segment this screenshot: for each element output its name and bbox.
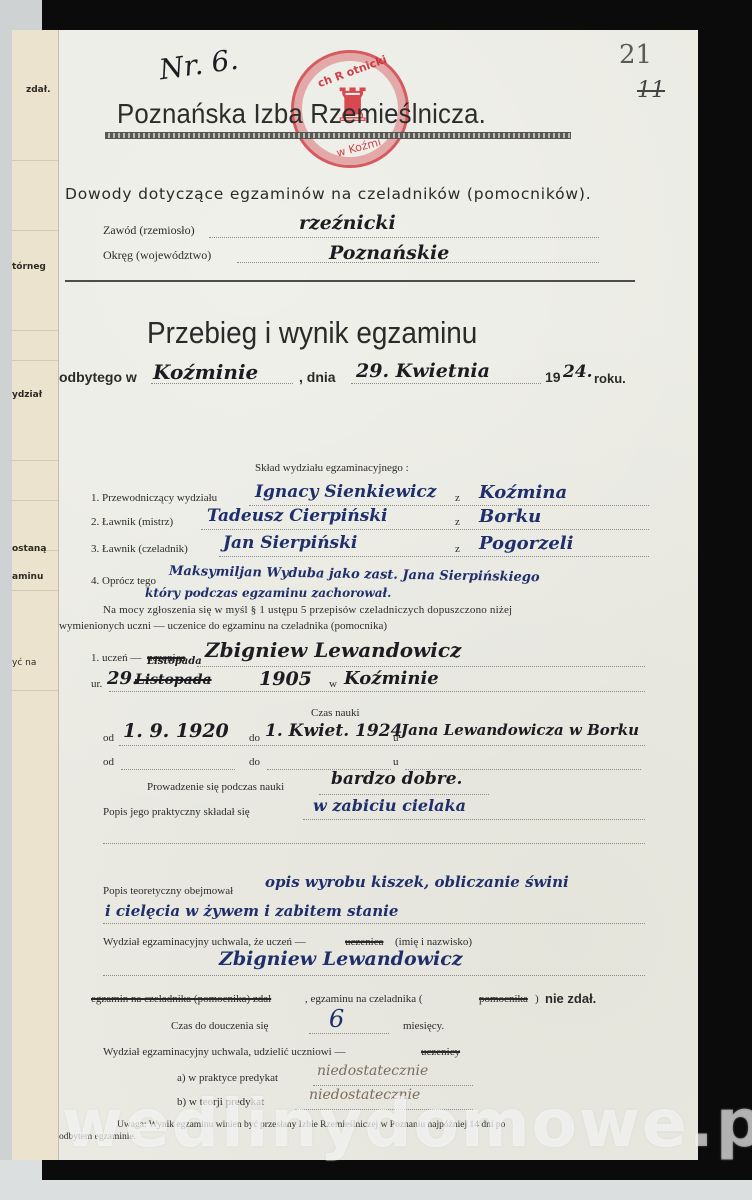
training-to: 1. Kwiet. 1924: [265, 721, 402, 741]
born-label: ur.: [91, 678, 102, 690]
margin-fragment: zdał.: [26, 85, 51, 95]
margin-fragment: yć na: [12, 658, 36, 668]
practical-grade: niedostatecznie: [317, 1063, 428, 1079]
margin-fragment: ostaną: [12, 544, 46, 554]
exam-year-prefix: 19: [545, 369, 561, 385]
committee-label: 2. Ławnik (mistrz): [91, 516, 173, 528]
exam-title: Przebieg i wynik egzaminu: [147, 315, 477, 351]
margin-fragment: tórneg: [12, 262, 46, 272]
theoretical-line2: i cielęcia w żywem i zabitem stanie: [105, 902, 398, 920]
exam-date: 29. Kwietnia: [356, 360, 490, 382]
ornamental-rule: [105, 132, 571, 139]
committee-label: 1. Przewodniczący wydziału: [91, 492, 217, 504]
training-heading: Czas nauki: [311, 707, 360, 719]
birth-month-struck: Listopada: [135, 672, 212, 688]
theoretical-line1: opis wyrobu kiszek, obliczanie świni: [265, 873, 569, 891]
exam-date-label: , dnia: [299, 369, 336, 385]
retraining-value: 6: [329, 1005, 344, 1033]
trade-label: Zawód (rzemiosło): [103, 223, 195, 238]
struck-text: uczenicy: [421, 1046, 460, 1058]
struck-passed: egzamin na czeladnika (pomocnika) zdał: [91, 993, 271, 1005]
resolution-text: Wydział egzaminacyjny uchwala, że uczeń …: [103, 936, 306, 948]
document-page: Nr. 6. 21 11 ch R otnicki ♜ w Koźmi Pozn…: [58, 30, 698, 1160]
trade-value: rzeźnicki: [299, 212, 396, 234]
committee-extra-line2: który podczas egzaminu zachorował.: [145, 586, 391, 600]
margin-fragment: ydział: [12, 390, 42, 400]
conduct-value: bardzo dobre.: [331, 769, 462, 789]
struck-text: uczenica: [345, 936, 383, 948]
theoretical-label: Popis teoretyczny obejmował: [103, 885, 233, 897]
section-divider: [65, 280, 635, 282]
grades-text: Wydział egzaminacyjny uchwala, udzielić …: [103, 1046, 345, 1058]
district-value: Poznańskie: [329, 242, 449, 264]
committee-name: Ignacy Sienkiewicz: [255, 482, 436, 502]
birth-year: 1905: [259, 668, 312, 690]
committee-name: Tadeusz Cierpiński: [207, 506, 388, 526]
exam-result: nie zdał.: [545, 991, 596, 1006]
committee-label: 3. Ławnik (czeladnik): [91, 543, 188, 555]
committee-place: Koźmina: [479, 482, 567, 503]
practical-value: w zabiciu cielaka: [313, 796, 466, 815]
margin-fragment: aminu: [12, 572, 43, 582]
apprentice-label: 1. uczeń —: [91, 652, 141, 664]
watermark: wedlinydomowe.pl: [62, 1085, 752, 1162]
exam-place: Koźminie: [153, 360, 258, 384]
conduct-label: Prowadzenie się podczas nauki: [147, 781, 284, 793]
exam-place-label: odbytego w: [59, 369, 137, 385]
retraining-label: Czas do douczenia się: [171, 1020, 268, 1032]
exam-year-label: roku.: [594, 371, 626, 386]
birth-month: Listopada: [147, 656, 202, 667]
admission-text: wymienionych uczni — uczenice do egzamin…: [59, 620, 387, 632]
scan-bottom: [0, 1160, 752, 1200]
resolution-name: Zbigniew Lewandowicz: [219, 948, 463, 970]
training-master: Jana Lewandowicza w Borku: [401, 721, 639, 739]
institution-title: Poznańska Izba Rzemieślnicza.: [117, 98, 486, 130]
district-label: Okręg (województwo): [103, 248, 211, 263]
birth-place: Koźminie: [344, 668, 439, 689]
exam-year: 24.: [563, 362, 593, 382]
committee-place: Borku: [479, 506, 541, 527]
training-from: 1. 9. 1920: [123, 720, 229, 742]
practical-grade-label: a) w praktyce predykat: [177, 1072, 278, 1084]
old-page-number: 11: [637, 78, 665, 103]
committee-place: Pogorzeli: [479, 533, 573, 554]
document-number: Nr. 6.: [157, 43, 240, 87]
birth-day: 29.: [107, 668, 138, 689]
admission-text: Na mocy zgłoszenia się w myśl § 1 ustępu…: [103, 604, 512, 616]
practical-label: Popis jego praktyczny składał się: [103, 806, 250, 818]
page-number: 21: [619, 40, 652, 70]
document-subtitle: Dowody dotyczące egzaminów na czeladnikó…: [65, 185, 591, 203]
committee-name: Jan Sierpiński: [223, 533, 357, 553]
committee-heading: Skład wydziału egzaminacyjnego :: [255, 462, 409, 474]
apprentice-name: Zbigniew Lewandowicz: [205, 638, 461, 662]
committee-extra-line1: Maksymiljan Wyduba jako zast. Jana Sierp…: [169, 564, 540, 585]
